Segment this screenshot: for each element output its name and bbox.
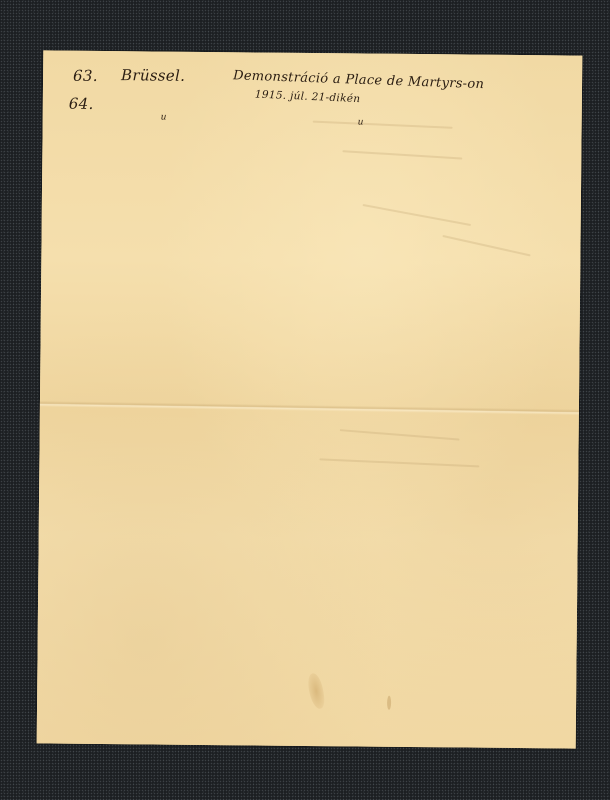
show-through-mark	[340, 429, 460, 441]
show-through-mark	[313, 121, 453, 129]
show-through-mark	[319, 458, 479, 467]
paper-stain	[387, 696, 391, 710]
ditto-mark: u	[161, 113, 167, 123]
entry-63-number: 63.	[73, 67, 98, 85]
show-through-mark	[363, 204, 472, 226]
entry-63-date: 1915. júl. 21-dikén	[255, 88, 361, 105]
paper-stain	[306, 672, 326, 710]
entry-64-number: 64.	[69, 95, 94, 113]
fold-crease	[40, 401, 579, 415]
show-through-mark	[442, 235, 530, 257]
ditto-mark: u	[358, 117, 364, 127]
document-page: 63. Brüssel. Demonstráció a Place de Mar…	[37, 50, 583, 748]
show-through-mark	[342, 150, 462, 159]
entry-63-place: Brüssel.	[121, 66, 185, 85]
